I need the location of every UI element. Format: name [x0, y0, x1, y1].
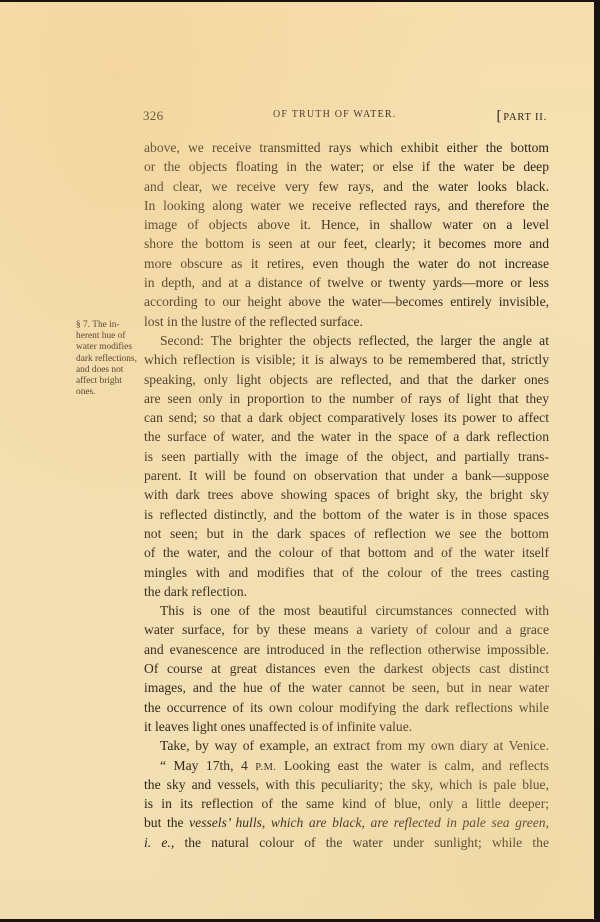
text-line: is seen partially with the image of the … — [144, 447, 549, 466]
text-line: the dark reflection. — [144, 582, 549, 601]
text-line: or the objects floating in the water; or… — [144, 157, 549, 176]
paragraph-second: Second: The brighter the objects reflect… — [144, 331, 549, 601]
text-line: it leaves light ones unaffected is of in… — [144, 717, 549, 736]
quote-text: Looking east the water is calm, and refl… — [277, 758, 549, 773]
part-text: PART II. — [503, 112, 547, 123]
quote-text: but the — [144, 815, 189, 830]
margin-note: § 7. The in- herent hue of water modifie… — [76, 320, 146, 398]
paragraph-continued: above, we receive transmitted rays which… — [144, 138, 549, 331]
text-line: above, we receive transmitted rays which… — [144, 138, 549, 157]
part-bracket: [ — [497, 108, 503, 124]
text-line: Second: The brighter the objects reflect… — [144, 331, 549, 350]
quote-italic: i. e., — [144, 835, 174, 850]
text-line: which reflection is visible; it is alway… — [144, 350, 549, 369]
part-label: [PART II. — [497, 108, 548, 125]
text-line: mingles with and modifies that of the co… — [144, 563, 549, 582]
body-text: above, we receive transmitted rays which… — [144, 138, 549, 852]
text-line: images, and the hue of the water cannot … — [144, 678, 549, 697]
text-line: and evanescence are introduced in the re… — [144, 640, 549, 659]
chapter-title: OF TRUTH OF WATER. — [273, 109, 396, 120]
text-line: “ May 17th, 4 P.M. Looking east the wate… — [144, 756, 549, 775]
text-line: In looking along water we receive reflec… — [144, 196, 549, 215]
text-line: i. e., the natural colour of the water u… — [144, 833, 549, 852]
text-line: This is one of the most beautiful circum… — [144, 601, 549, 620]
quote-text: the natural colour of the water under su… — [174, 835, 549, 850]
text-line: not seen; but in the dark spaces of refl… — [144, 524, 549, 543]
quote-time: P.M. — [255, 762, 276, 773]
paragraph-third: This is one of the most beautiful circum… — [144, 601, 549, 736]
text-line: according to our height above the water—… — [144, 292, 549, 311]
text-line: image of objects above it. Hence, in sha… — [144, 215, 549, 234]
margin-note-line: affect bright — [76, 376, 146, 387]
text-line: with dark trees above showing spaces of … — [144, 485, 549, 504]
text-line: lost in the lustre of the reflected surf… — [144, 312, 549, 331]
margin-note-line: and does not — [76, 365, 146, 376]
margin-note-line: ones. — [76, 387, 146, 398]
text-line: water surface, for by these means a vari… — [144, 620, 549, 639]
text-line: Of course at great distances even the da… — [144, 659, 549, 678]
text-line: parent. It will be found on observation … — [144, 466, 549, 485]
text-line: are seen only in proportion to the numbe… — [144, 389, 549, 408]
text-line: the occurrence of its own colour modifyi… — [144, 698, 549, 717]
text-line: the surface of water, and the water in t… — [144, 427, 549, 446]
text-line: shore the bottom is seen at our feet, cl… — [144, 234, 549, 253]
text-line: and clear, we receive very few rays, and… — [144, 177, 549, 196]
quote-italic: vessels’ hulls, which are black, are ref… — [189, 815, 549, 830]
book-page: 326 OF TRUTH OF WATER. [PART II. § 7. Th… — [0, 2, 594, 919]
margin-note-line: water modifies — [76, 342, 146, 353]
text-line: Take, by way of example, an extract from… — [144, 736, 549, 755]
diary-quote: “ May 17th, 4 P.M. Looking east the wate… — [144, 756, 549, 852]
margin-note-line: dark reflections, — [76, 354, 146, 365]
text-line: is reflected distinctly, and the bottom … — [144, 505, 549, 524]
text-line: in depth, and at a distance of twelve or… — [144, 273, 549, 292]
running-head: 326 OF TRUTH OF WATER. [PART II. — [143, 108, 547, 124]
text-line: speaking, only light objects are reflect… — [144, 370, 549, 389]
quote-date: “ May 17th, 4 — [160, 758, 255, 773]
margin-note-line: § 7. The in- — [76, 320, 146, 331]
margin-note-line: herent hue of — [76, 331, 146, 342]
text-line: but the vessels’ hulls, which are black,… — [144, 813, 549, 832]
text-line: of the water, and the colour of that bot… — [144, 543, 549, 562]
page-number: 326 — [143, 108, 163, 124]
text-line: more obscure as it retires, even though … — [144, 254, 549, 273]
text-line: can send; so that a dark object comparat… — [144, 408, 549, 427]
text-line: the sky and vessels, with this peculiari… — [144, 775, 549, 794]
paragraph-fourth: Take, by way of example, an extract from… — [144, 736, 549, 755]
text-line: is in its reflection of the same kind of… — [144, 794, 549, 813]
